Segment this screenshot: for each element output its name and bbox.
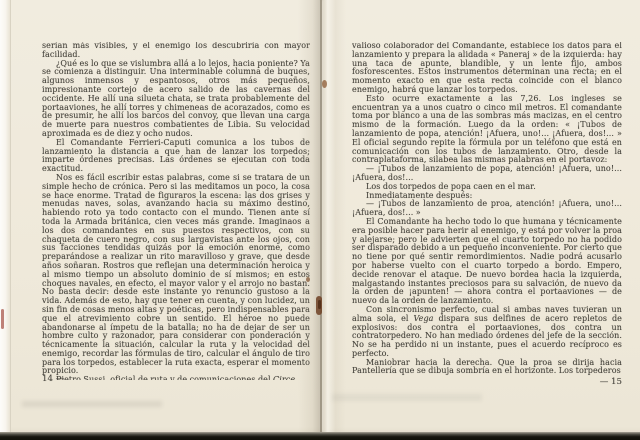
scanner-edge-strip: [0, 0, 11, 433]
foxing-spot: [306, 277, 310, 282]
attribution-pre: Pietro Sussi, oficial de ruta y de comun…: [56, 375, 273, 380]
paragraph: valioso colaborador del Comandante, esta…: [352, 42, 622, 95]
ship-name-vega: Vega: [414, 314, 434, 323]
book-scan: serían más visibles, y el enemigo los de…: [0, 0, 640, 440]
paragraph: Nos es fácil escribir estas palabras, co…: [42, 174, 310, 376]
paragraph: El Comandante ha hecho todo lo que human…: [352, 218, 622, 306]
scan-smudge: [22, 401, 162, 407]
paragraph: ¿Qué es lo que se vislumbra allá a lo le…: [42, 60, 310, 139]
foxing-spot: [322, 80, 327, 88]
scan-smudge: [332, 394, 482, 401]
foxing-spot: [318, 300, 321, 309]
vega-paragraph: Con sincronismo perfecto, cual si ambas …: [352, 306, 622, 359]
page-right-text: valioso colaborador del Comandante, esta…: [352, 42, 622, 380]
paragraph: Esto ocurre exactamente a las 7,26. Los …: [352, 95, 622, 165]
paragraph: serían más visibles, y el enemigo los de…: [42, 42, 310, 60]
gutter-crease: [320, 0, 322, 432]
dialogue-line: — ¡Tubos de lanzamiento de popa, atenció…: [352, 165, 622, 183]
page-left-text: serían más visibles, y el enemigo los de…: [42, 42, 310, 380]
page-number-left: 14 —: [42, 374, 64, 384]
gutter-shadow: [298, 0, 346, 432]
dialogue-line: — ¡Tubos de lanzamiento de proa, atenció…: [352, 200, 622, 218]
paragraph: Maniobrar hacia la derecha. Que la proa …: [352, 359, 622, 377]
attribution-line: Pietro Sussi, oficial de ruta y de comun…: [42, 376, 310, 380]
page-number-right: — 15: [600, 377, 622, 387]
scan-bottom-edge: [0, 432, 640, 440]
margin-mark: [1, 309, 4, 329]
ship-name-circe: Circe: [273, 375, 295, 380]
paragraph: El Comandante Ferrieri-Caputi comunica a…: [42, 139, 310, 174]
